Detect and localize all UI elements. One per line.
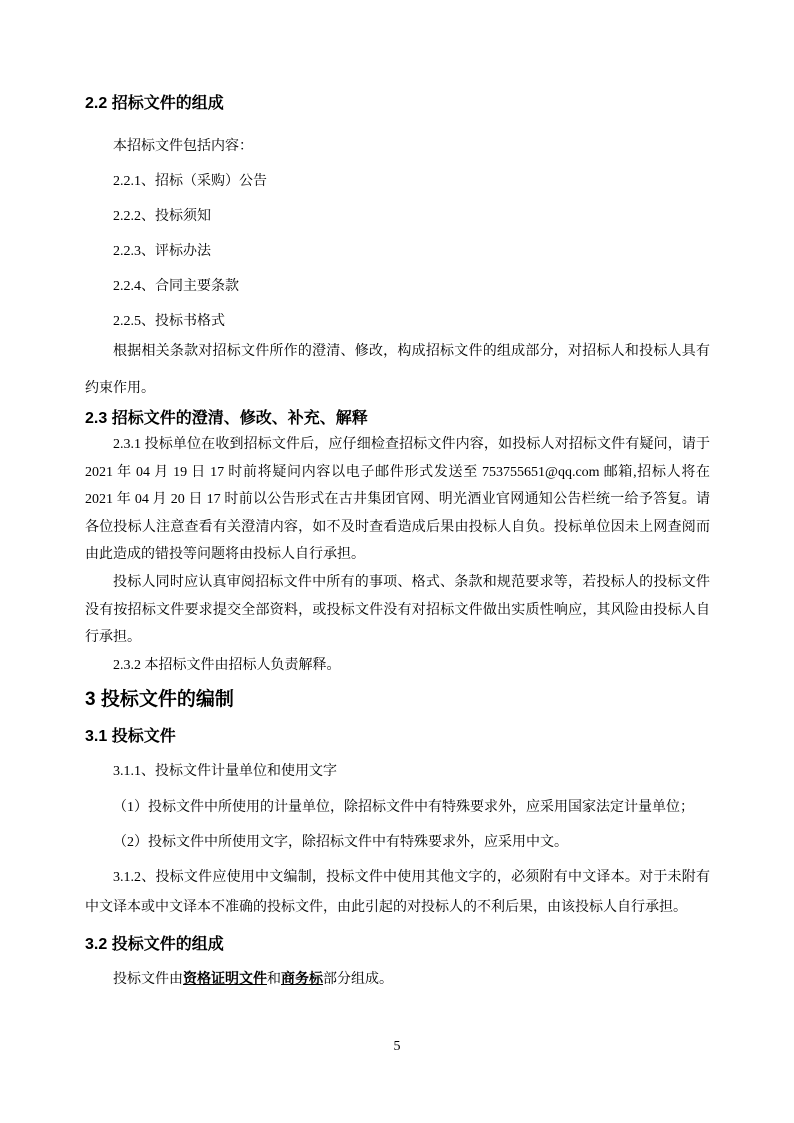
page-number: 5: [0, 1036, 794, 1058]
document-page: 2.2 招标文件的组成 本招标文件包括内容： 2.2.1、招标（采购）公告 2.…: [0, 0, 794, 1123]
paragraph-3-1-1-item2: （2）投标文件中所使用文字，除招标文件中有特殊要求外，应采用中文。: [85, 832, 710, 854]
section-heading-2-2: 2.2 招标文件的组成: [85, 92, 710, 116]
list-item-2-2-4: 2.2.4、合同主要条款: [85, 276, 710, 298]
qualification-documents-term: 资格证明文件: [183, 972, 267, 987]
list-item-2-2-3: 2.2.3、评标办法: [85, 241, 710, 263]
list-item-2-2-5: 2.2.5、投标书格式: [85, 311, 710, 333]
composition-prefix: 投标文件由: [113, 972, 183, 987]
section-heading-2-3: 2.3 招标文件的澄清、修改、补充、解释: [85, 407, 710, 431]
chapter-heading-3: 3 投标文件的编制: [85, 685, 710, 715]
closing-paragraph-2-2: 根据相关条款对招标文件所作的澄清、修改，构成招标文件的组成部分，对招标人和投标人…: [85, 333, 710, 407]
list-item-2-2-1: 2.2.1、招标（采购）公告: [85, 171, 710, 193]
intro-paragraph: 本招标文件包括内容：: [85, 136, 710, 158]
commercial-bid-term: 商务标: [281, 972, 323, 987]
paragraph-3-1-1-item1: （1）投标文件中所使用的计量单位，除招标文件中有特殊要求外，应采用国家法定计量单…: [85, 797, 710, 819]
paragraph-3-1-2: 3.1.2、投标文件应使用中文编制，投标文件中使用其他文字的，必须附有中文译本。…: [85, 863, 710, 923]
paragraph-2-3-2: 2.3.2 本招标文件由招标人负责解释。: [85, 652, 710, 680]
section-heading-3-2: 3.2 投标文件的组成: [85, 933, 710, 957]
section-heading-3-1: 3.1 投标文件: [85, 725, 710, 749]
composition-paragraph: 投标文件由资格证明文件和商务标部分组成。: [85, 969, 710, 991]
paragraph-3-1-1: 3.1.1、投标文件计量单位和使用文字: [85, 761, 710, 783]
list-item-2-2-2: 2.2.2、投标须知: [85, 206, 710, 228]
composition-suffix: 部分组成。: [323, 972, 393, 987]
paragraph-2-3-review: 投标人同时应认真审阅招标文件中所有的事项、格式、条款和规范要求等，若投标人的投标…: [85, 569, 710, 652]
composition-and: 和: [267, 972, 281, 987]
paragraph-2-3-1: 2.3.1 投标单位在收到招标文件后，应仔细检查招标文件内容，如投标人对招标文件…: [85, 431, 710, 569]
